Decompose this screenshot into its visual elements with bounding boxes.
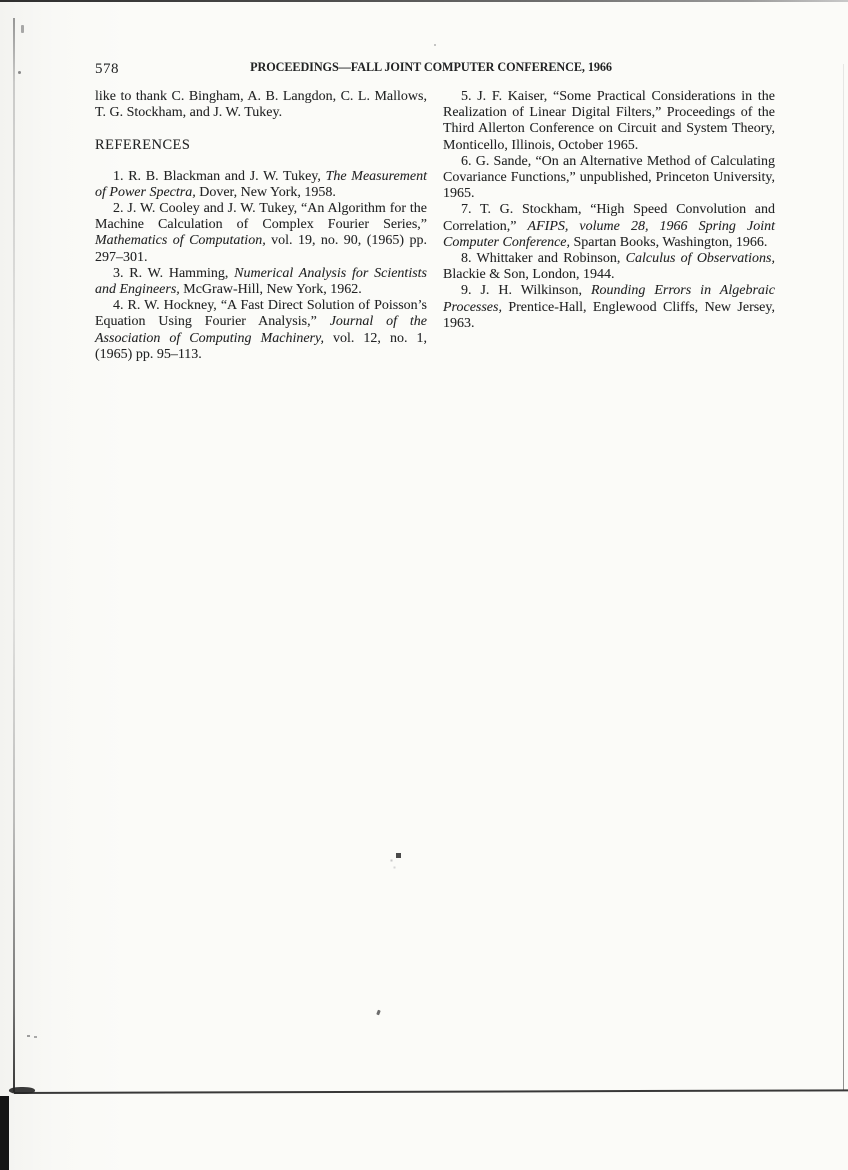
reference-text: 7. T. G. Stockham, “High Speed Convoluti… [443,202,775,249]
reference-item: 3. R. W. Hamming, Numerical Analysis for… [95,266,427,298]
scan-artifact-bottom-page-edge [14,1089,848,1094]
reference-item: 4. R. W. Hockney, “A Fast Direct Solutio… [95,298,427,363]
reference-text: 8. Whittaker and Robinson, Calculus of O… [443,251,775,282]
scan-artifact-tick-mark [21,25,24,33]
reference-list-left: 1. R. B. Blackman and J. W. Tukey, The M… [95,169,427,363]
scan-artifact-dot [18,71,21,74]
reference-item: 6. G. Sande, “On an Alternative Method o… [443,154,775,203]
references-heading: REFERENCES [95,137,427,153]
reference-item: 5. J. F. Kaiser, “Some Practical Conside… [443,89,775,154]
scan-artifact-right-page-edge [843,64,844,1091]
scan-artifact-edge-junction [9,1087,35,1094]
reference-text: 4. R. W. Hockney, “A Fast Direct Solutio… [95,298,427,362]
reference-text: 6. G. Sande, “On an Alternative Method o… [443,154,775,201]
scan-artifact-top-edge [0,0,848,2]
reference-text: 5. J. F. Kaiser, “Some Practical Conside… [443,89,775,153]
scan-artifact-dot [434,44,436,46]
right-column: 5. J. F. Kaiser, “Some Practical Conside… [443,89,775,332]
scan-artifact-left-streak [13,18,15,1092]
reference-text: 3. R. W. Hamming, Numerical Analysis for… [95,266,427,297]
reference-item: 2. J. W. Cooley and J. W. Tukey, “An Alg… [95,201,427,266]
running-title: PROCEEDINGS—FALL JOINT COMPUTER CONFEREN… [105,60,757,75]
reference-list-right: 5. J. F. Kaiser, “Some Practical Conside… [443,89,775,332]
scan-artifact-corner-band [0,1096,9,1170]
reference-item: 8. Whittaker and Robinson, Calculus of O… [443,251,775,283]
scan-artifact-speck [396,853,401,858]
reference-text: 1. R. B. Blackman and J. W. Tukey, The M… [95,169,427,200]
reference-text: 2. J. W. Cooley and J. W. Tukey, “An Alg… [95,201,427,265]
scan-artifact-dots [27,1035,30,1037]
reference-item: 7. T. G. Stockham, “High Speed Convoluti… [443,202,775,251]
page-header: 578 PROCEEDINGS—FALL JOINT COMPUTER CONF… [95,60,767,78]
reference-item: 1. R. B. Blackman and J. W. Tukey, The M… [95,169,427,201]
reference-text: 9. J. H. Wilkinson, Rounding Errors in A… [443,283,775,330]
reference-item: 9. J. H. Wilkinson, Rounding Errors in A… [443,283,775,332]
scanned-page: 578 PROCEEDINGS—FALL JOINT COMPUTER CONF… [0,0,848,1170]
left-column: like to thank C. Bingham, A. B. Langdon,… [95,89,427,363]
scan-artifact-speck [376,1010,381,1016]
acknowledgment-text: like to thank C. Bingham, A. B. Langdon,… [95,89,427,121]
